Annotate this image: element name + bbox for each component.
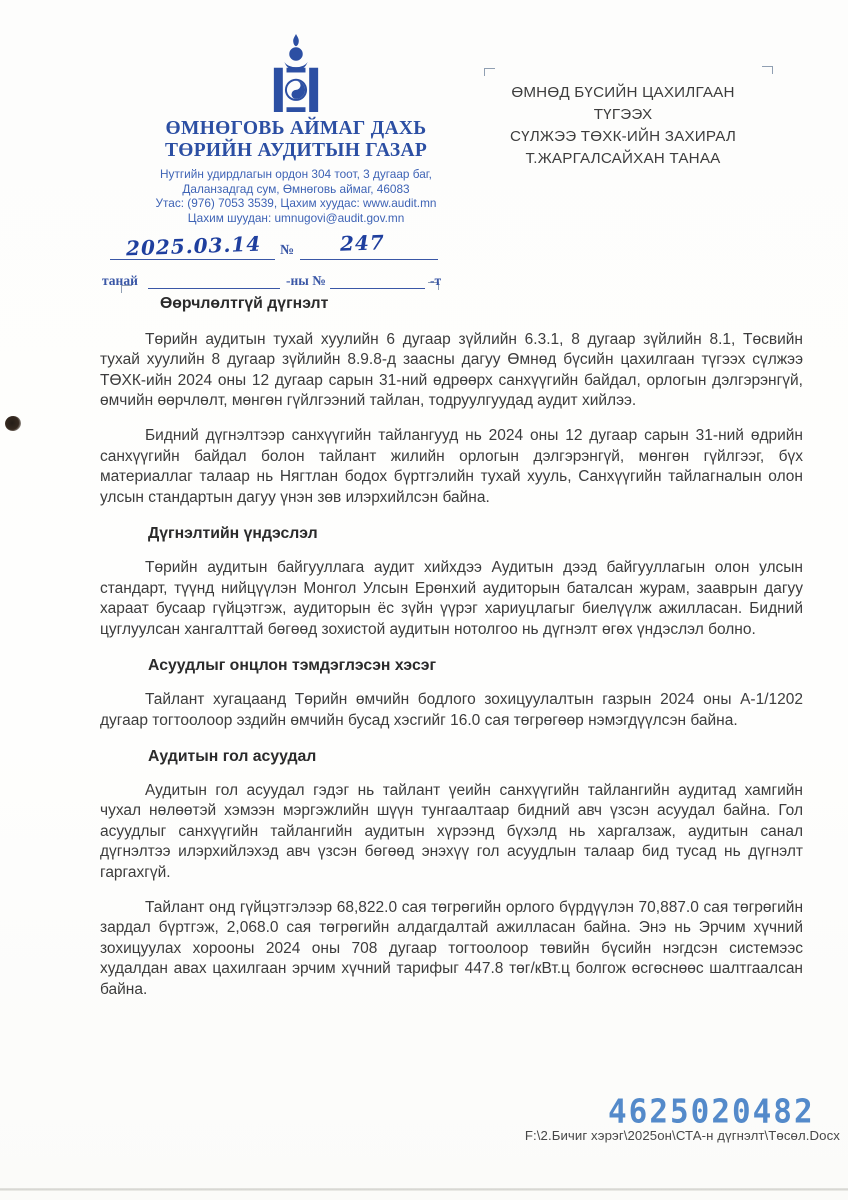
recipient-line: ӨМНӨД БҮСИЙН ЦАХИЛГААН bbox=[472, 82, 774, 104]
ref-label-mid: -ны № bbox=[286, 273, 326, 289]
address-line: Цахим шуудан: umnugovi@audit.gov.mn bbox=[100, 211, 492, 226]
paragraph-basis: Төрийн аудитын байгууллага аудит хийхдээ… bbox=[100, 558, 803, 640]
paragraph-audit-scope: Төрийн аудитын тухай хуулийн 6 дугаар зү… bbox=[100, 330, 803, 412]
section-heading-key-matters: Аудитын гол асуудал bbox=[100, 747, 803, 768]
file-path-label: F:\2.Бичиг хэрэг\2025он\СТА-н дүгнэлт\Тө… bbox=[525, 1128, 840, 1143]
number-sign-label: № bbox=[280, 243, 294, 259]
recipient-block: ӨМНӨД БҮСИЙН ЦАХИЛГААН ТҮГЭЭХ СҮЛЖЭЭ ТӨХ… bbox=[472, 82, 774, 170]
address-line: Нутгийн удирдлагын ордон 304 тоот, 3 дуг… bbox=[100, 167, 492, 182]
recipient-line: СҮЛЖЭЭ ТӨХК-ИЙН ЗАХИРАЛ bbox=[472, 126, 774, 148]
handwritten-date: 2025.03.14 bbox=[126, 232, 262, 261]
scanned-letter-page: ӨМНӨГОВЬ АЙМАГ ДАХЬ ТӨРИЙН АУДИТЫН ГАЗАР… bbox=[0, 0, 848, 1200]
paragraph-emphasis: Тайлант хугацаанд Төрийн өмчийн бодлого … bbox=[100, 690, 803, 731]
page-edge-shadow bbox=[0, 1188, 848, 1191]
paragraph-financial-results: Тайлант онд гүйцэтгэлээр 68,822.0 сая тө… bbox=[100, 898, 803, 1001]
soyombo-emblem-icon bbox=[264, 34, 328, 112]
stamp-number: 4625020482 bbox=[608, 1093, 815, 1131]
ref-underline bbox=[148, 288, 280, 289]
recipient-line: ТҮГЭЭХ bbox=[472, 104, 774, 126]
ref-label-your: танай bbox=[102, 273, 138, 289]
document-body: Өөрчлөлтгүй дүгнэлт Төрийн аудитын тухай… bbox=[100, 294, 803, 1015]
hole-punch-mark bbox=[4, 415, 23, 433]
section-heading-basis: Дүгнэлтийн үндэслэл bbox=[100, 524, 803, 545]
date-number-row: 2025.03.14 № 247 bbox=[100, 237, 492, 267]
date-underline bbox=[110, 259, 275, 260]
document-title: Өөрчлөлтгүй дүгнэлт bbox=[100, 294, 803, 315]
paragraph-key-matters: Аудитын гол асуудал гэдэг нь тайлант үеи… bbox=[100, 781, 803, 884]
org-name-line2: ТӨРИЙН АУДИТЫН ГАЗАР bbox=[100, 140, 492, 162]
doc-number-underline bbox=[300, 259, 438, 260]
org-name: ӨМНӨГОВЬ АЙМАГ ДАХЬ ТӨРИЙН АУДИТЫН ГАЗАР bbox=[100, 118, 492, 162]
handwritten-doc-number: 247 bbox=[340, 231, 386, 257]
recipient-line: Т.ЖАРГАЛСАЙХАН ТАНАА bbox=[472, 148, 774, 170]
org-address: Нутгийн удирдлагын ордон 304 тоот, 3 дуг… bbox=[100, 167, 492, 225]
paragraph-opinion: Бидний дүгнэлтээр санхүүгийн тайлангууд … bbox=[100, 426, 803, 508]
address-line: Утас: (976) 7053 3539, Цахим хуудас: www… bbox=[100, 196, 492, 211]
corner-bracket-icon bbox=[762, 66, 773, 74]
section-heading-emphasis: Асуудлыг онцлон тэмдэглэсэн хэсэг bbox=[100, 656, 803, 677]
org-name-line1: ӨМНӨГОВЬ АЙМАГ ДАХЬ bbox=[100, 118, 492, 140]
ref-underline bbox=[330, 288, 425, 289]
ref-label-end: -т bbox=[430, 273, 441, 289]
letterhead: ӨМНӨГОВЬ АЙМАГ ДАХЬ ТӨРИЙН АУДИТЫН ГАЗАР… bbox=[100, 34, 492, 293]
address-line: Даланзадгад сум, Өмнөговь аймаг, 46083 bbox=[100, 182, 492, 197]
reference-row: танай -ны № -т bbox=[100, 271, 492, 293]
